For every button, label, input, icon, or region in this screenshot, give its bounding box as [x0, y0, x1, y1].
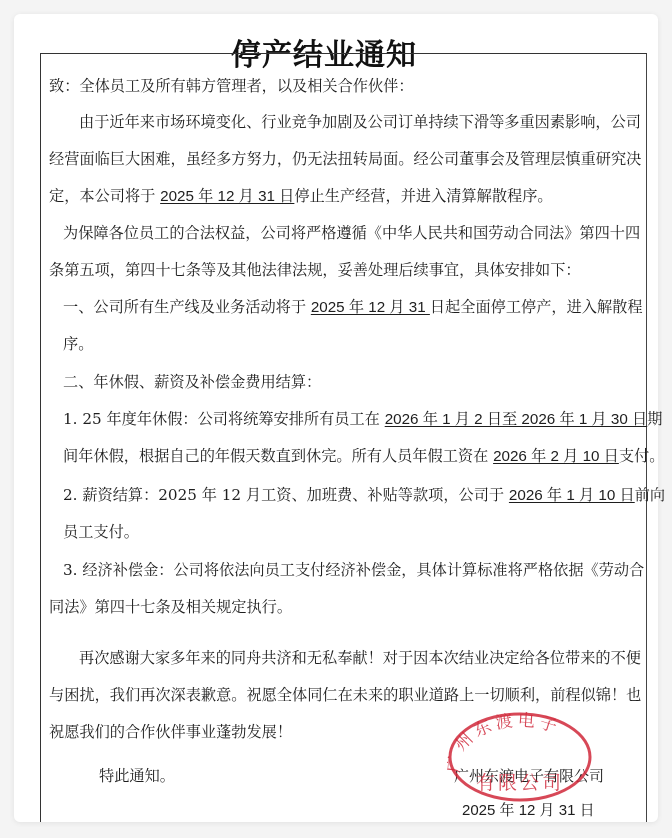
notice-frame: 致：全体员工及所有韩方管理者，以及相关合作伙伴： 由于近年来市场环境变化、行业竞… [40, 53, 647, 822]
sub-item-2-line-2: 员工支付。 [49, 522, 638, 542]
sub-item-2-line-1: 2. 薪资结算：2025 年 12 月工资、加班费、补贴等款项，公司于 2026… [49, 485, 638, 506]
item-2-heading: 二、年休假、薪资及补偿金费用结算： [49, 372, 638, 392]
sub-item-1-line-1: 1. 25 年度年休假：公司将统筹安排所有员工在 2026 年 1 月 2 日至… [49, 409, 638, 430]
text: 2. 薪资结算：2025 年 12 月工资、加班费、补贴等款项，公司于 [63, 486, 509, 504]
paragraph-3-line-3: 祝愿我们的合作伙伴事业蓬勃发展！ [49, 722, 638, 742]
text: 间年休假，根据自己的年假天数直到休完。所有人员年假工资在 [63, 447, 493, 465]
text: 定，本公司将于 [49, 187, 160, 205]
text: 期 [647, 410, 662, 428]
text: 一、公司所有生产线及业务活动将于 [63, 298, 311, 316]
text: 停止生产经营，并进入清算解散程序。 [294, 187, 552, 205]
item-1-line-1: 一、公司所有生产线及业务活动将于 2025 年 12 月 31 日起全面停工停产… [49, 297, 638, 318]
paragraph-2-line-2: 条第五项，第四十七条等及其他法律法规，妥善处理后续事宜，具体安排如下： [49, 260, 638, 280]
salary-pay-date: 2026 年 1 月 10 日 [509, 487, 635, 504]
signature-company: 广州东渡电子有限公司 [454, 765, 604, 786]
sub-item-3-line-2: 同法》第四十七条及相关规定执行。 [49, 597, 638, 617]
paragraph-3-line-1: 再次感谢大家多年来的同舟共济和无私奉献！对于因本次结业决定给各位带来的不便 [49, 648, 638, 668]
paragraph-2-line-1: 为保障各位员工的合法权益，公司将严格遵循《中华人民共和国劳动合同法》第四十四 [49, 223, 638, 243]
paragraph-1-line-1: 由于近年来市场环境变化、行业竞争加剧及公司订单持续下滑等多重因素影响，公司 [49, 112, 638, 132]
sub-item-3-line-1: 3. 经济补偿金：公司将依法向员工支付经济补偿金，具体计算标准将严格依据《劳动合 [49, 560, 638, 580]
paragraph-1-line-2: 经营面临巨大困难，虽经多方努力，仍无法扭转局面。经公司董事会及管理层慎重研究决 [49, 149, 638, 169]
item-1-line-2: 序。 [49, 334, 638, 354]
cease-date: 2025 年 12 月 31 日 [160, 188, 294, 205]
text: 1. 25 年度年休假：公司将统筹安排所有员工在 [63, 410, 385, 428]
sub-item-1-line-2: 间年休假，根据自己的年假天数直到休完。所有人员年假工资在 2026 年 2 月 … [49, 446, 638, 467]
paragraph-1-line-3: 定，本公司将于 2025 年 12 月 31 日停止生产经营，并进入清算解散程序… [49, 186, 638, 207]
shutdown-date: 2025 年 12 月 31 [311, 299, 430, 316]
salutation: 致：全体员工及所有韩方管理者，以及相关合作伙伴： [49, 76, 638, 96]
signature-date: 2025 年 12 月 31 日 [462, 799, 595, 820]
leave-period: 2026 年 1 月 2 日至 2026 年 1 月 30 日 [385, 411, 648, 428]
text: 日起全面停工停产，进入解散程 [430, 298, 643, 316]
paragraph-3-line-2: 与困扰，我们再次深表歉意。祝愿全体同仁在未来的职业道路上一切顺利，前程似锦！也 [49, 685, 638, 705]
text: 前向 [635, 486, 665, 504]
leave-pay-date: 2026 年 2 月 10 日 [493, 448, 619, 465]
notice-card: 停产结业通知 致：全体员工及所有韩方管理者，以及相关合作伙伴： 由于近年来市场环… [14, 14, 658, 822]
text: 支付。 [619, 447, 665, 465]
